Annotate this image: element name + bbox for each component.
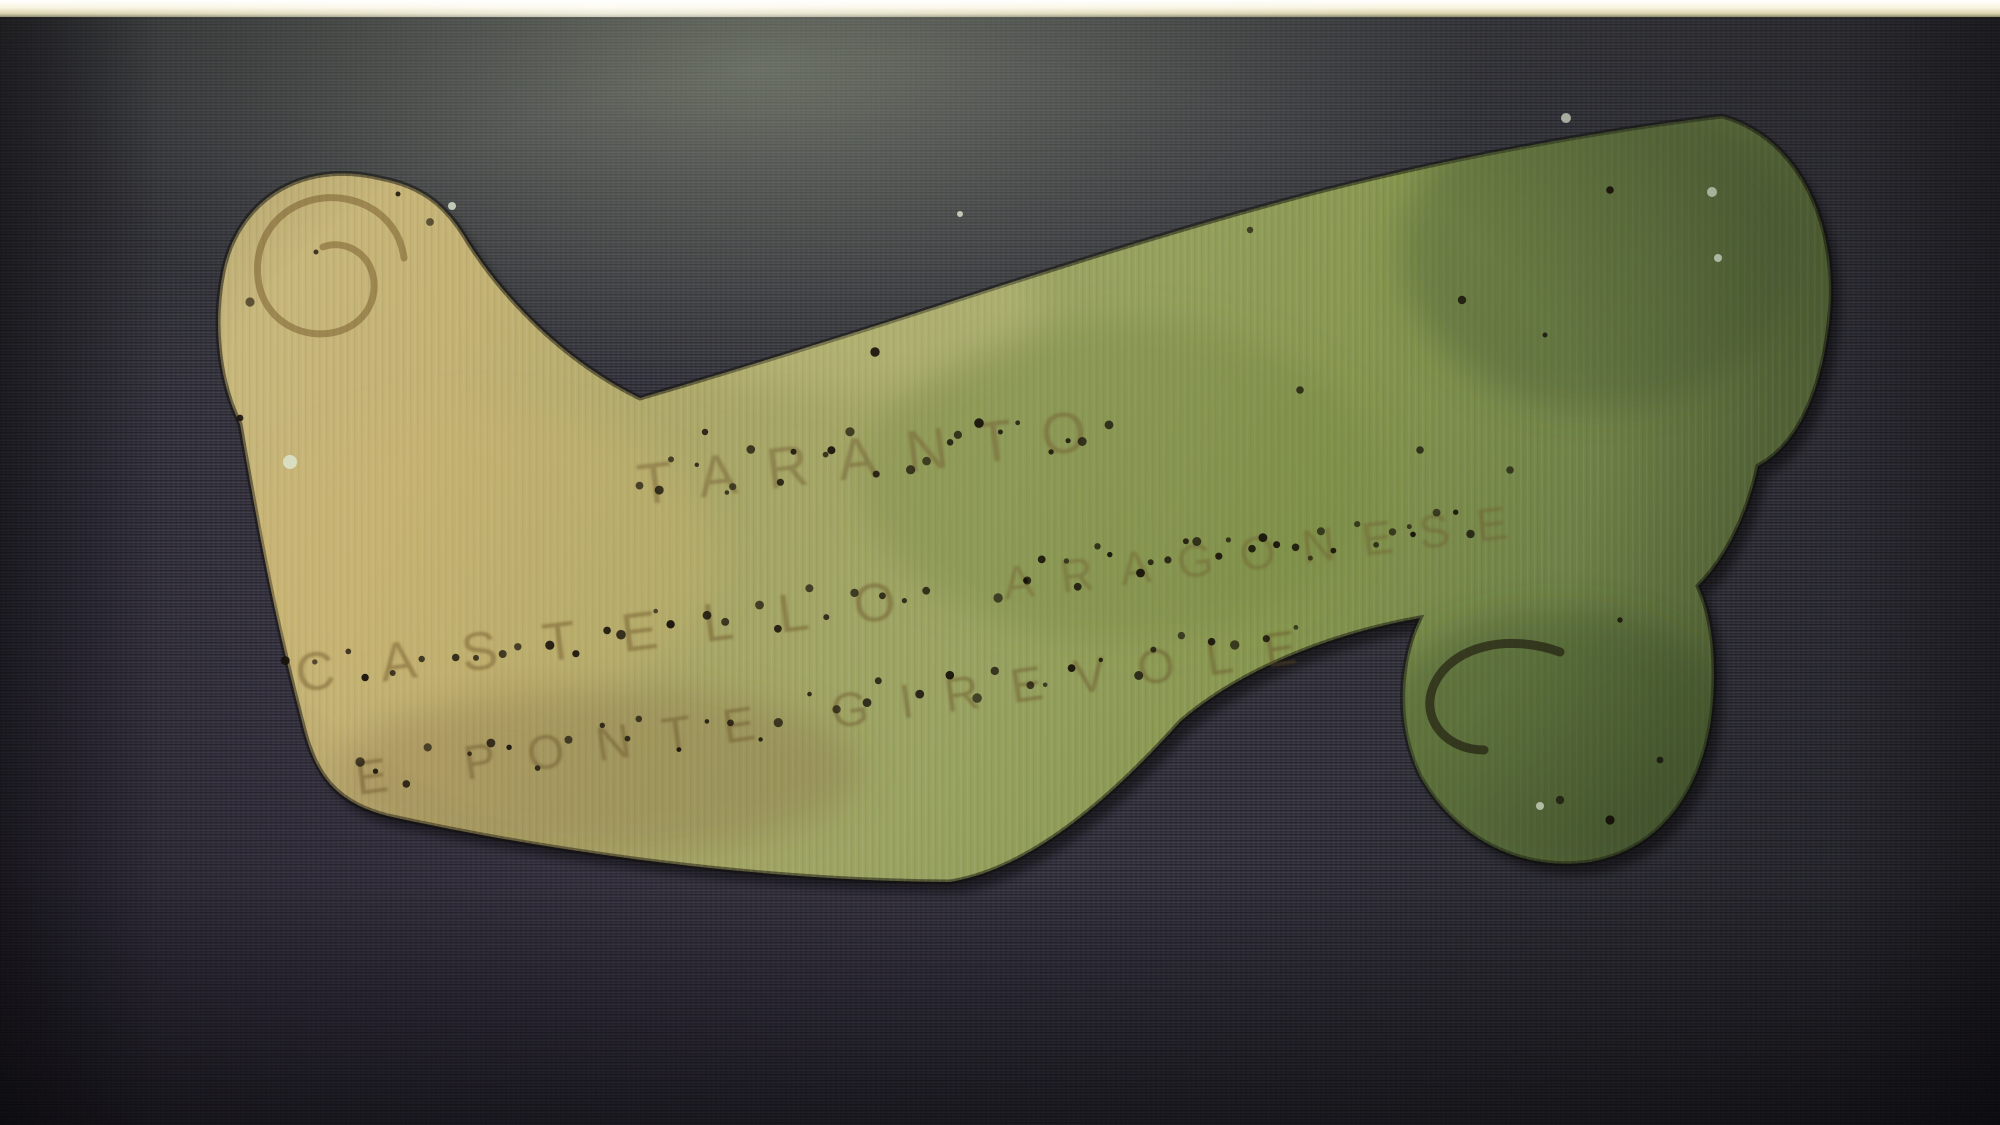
- framed-photo-scene: TARANTO CASTELLO ARAGONESE E PONTE GIREV…: [0, 0, 2000, 1125]
- frame-edge-highlight: [0, 0, 2000, 17]
- brass-plaque: TARANTO CASTELLO ARAGONESE E PONTE GIREV…: [0, 0, 2000, 1125]
